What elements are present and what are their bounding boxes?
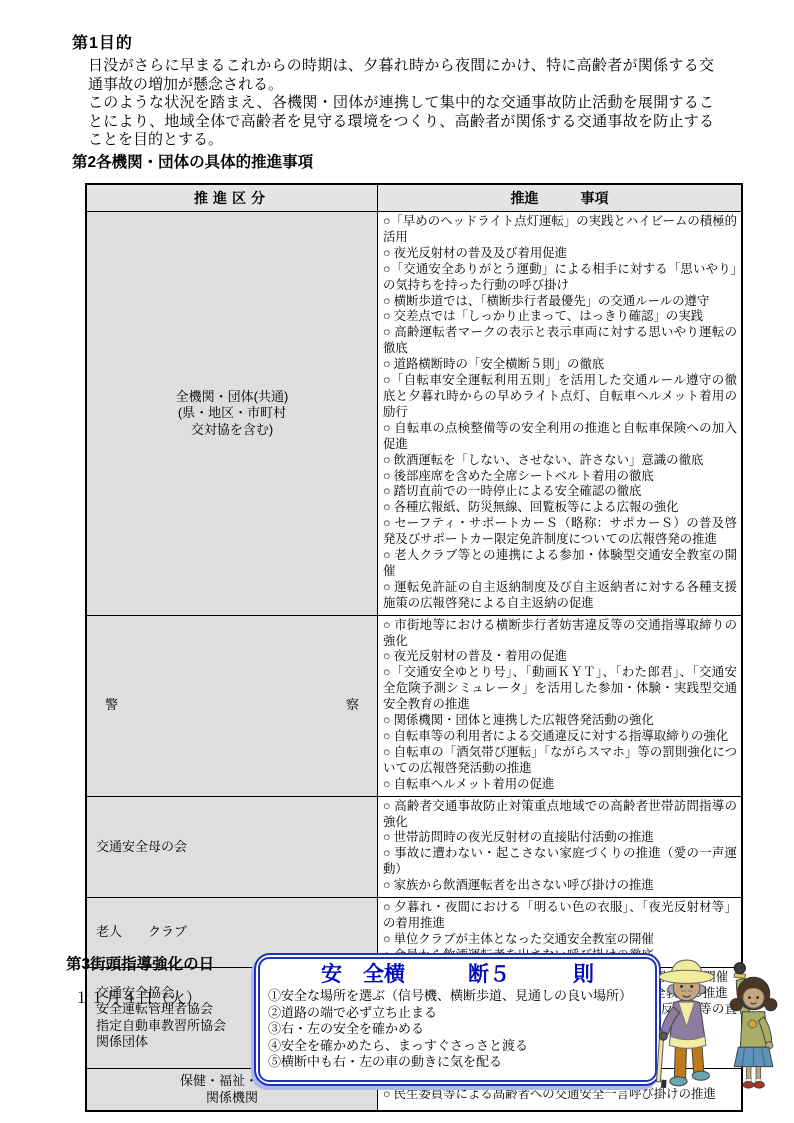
table-row: 交通安全母の会○ 高齢者交通事故防止対策重点地域での高齢者世帯訪問指導の強化○ …: [86, 796, 742, 897]
promotion-item: ○ 夜光反射材の普及・着用の促進: [383, 649, 737, 665]
promotion-item: ○ 交差点では「しっかり止まって、はっきり確認」の実践: [383, 309, 737, 325]
promotion-item: ○ 事故に遭わない・起こさない家庭づくりの推進（愛の一声運動）: [383, 846, 737, 878]
document-page: 第1目的 日没がさらに早まるこれからの時期は、夕暮れ時から夜間にかけ、特に高齢者…: [0, 0, 794, 1123]
pedestrians-illustration: [644, 956, 788, 1098]
intro-paragraph: このような状況を踏まえ、各機関・団体が連携して集中的な交通事故防止活動を展開する…: [88, 94, 714, 150]
promotion-item: ○ 単位クラブが主体となった交通安全教室の開催: [383, 932, 737, 948]
items-cell: ○ 高齢者交通事故防止対策重点地域での高齢者世帯訪問指導の強化○ 世帯訪問時の夜…: [378, 796, 743, 897]
category-cell: 警察: [86, 615, 378, 796]
safety-rule-item: ③右・左の安全を確かめる: [268, 1021, 647, 1038]
elderly-man-with-cane-icon: [656, 960, 714, 1088]
promotion-item: ○ 関係機関・団体と連携した広報啓発活動の強化: [383, 713, 737, 729]
category-line: 交対協を含む): [95, 422, 369, 439]
section2-title: 第2各機関・団体の具体的推進事項: [72, 150, 313, 172]
safety-rules-box-inner: 安 全横 断５ 則 ①安全な場所を選ぶ（信号機、横断歩道、見通しの良い場所）②道…: [258, 957, 657, 1082]
category-line: 交通安全母の会: [96, 839, 369, 856]
category-cell: 交通安全母の会: [86, 796, 378, 897]
table-header-category: 推進区分: [86, 184, 378, 212]
safety-rule-item: ④安全を確かめたら、まっすぐさっさと渡る: [268, 1038, 647, 1055]
promotion-item: ○ 横断歩道では、「横断歩行者最優先」の交通ルールの遵守: [383, 294, 737, 310]
section1-title: 第1目的: [72, 30, 133, 53]
promotion-item: ○ 夜光反射材の普及及び着用促進: [383, 246, 737, 262]
promotion-item: ○ 運転免許証の自主返納制度及び自主返納者に対する各種支援施策の広報啓発による自…: [383, 580, 737, 612]
promotion-item: ○ 各種広報紙、防災無線、回覧板等による広報の強化: [383, 500, 737, 516]
promotion-item: ○「自転車安全運転利用五則」を活用した交通ルール遵守の徹底と夕暮れ時からの早めラ…: [383, 373, 737, 421]
items-cell: ○「早めのヘッドライト点灯運転」の実践とハイビームの積極的活用○ 夜光反射材の普…: [378, 212, 743, 616]
safety-rule-item: ⑤横断中も右・左の車の動きに気を配る: [268, 1054, 647, 1071]
promotion-item: ○ 市街地等における横断歩行者妨害違反等の交通指導取締りの強化: [383, 618, 737, 650]
promotion-item: ○ 高齢運転者マークの表示と表示車両に対する思いやり運転の徹底: [383, 325, 737, 357]
promotion-item: ○「早めのヘッドライト点灯運転」の実践とハイビームの積極的活用: [383, 214, 737, 246]
section3-title: 第3街頭指導強化の日: [66, 952, 214, 974]
promotion-item: ○ 高齢者交通事故防止対策重点地域での高齢者世帯訪問指導の強化: [383, 799, 737, 831]
safety-rules-title: 安 全横 断５ 則: [268, 962, 647, 988]
promotion-item: ○ 道路横断時の「安全横断５則」の徹底: [383, 357, 737, 373]
pedestrians-illustration-svg: [644, 956, 788, 1098]
category-line: 老人 クラブ: [96, 924, 369, 941]
girl-raising-hand-icon: [730, 963, 777, 1088]
table-row: 警察○ 市街地等における横断歩行者妨害違反等の交通指導取締りの強化○ 夜光反射材…: [86, 615, 742, 796]
promotion-item: ○ 自転車等の利用者による交通違反に対する指導取締りの強化: [383, 729, 737, 745]
safety-rule-item: ①安全な場所を選ぶ（信号機、横断歩道、見通しの良い場所）: [268, 988, 647, 1005]
promotion-item: ○ 飲酒運転を「しない、させない、許さない」意識の徹底: [383, 453, 737, 469]
category-line: (県・地区・市町村: [95, 405, 369, 422]
promotion-item: ○ 踏切直前での一時停止による安全確認の徹底: [383, 484, 737, 500]
promotion-item: ○ 夕暮れ・夜間における「明るい色の衣服」、「夜光反射材等」の着用推進: [383, 900, 737, 932]
promotion-item: ○ 後部座席を含めた全席シートベルト着用の徹底: [383, 469, 737, 485]
intro-paragraph: 日没がさらに早まるこれからの時期は、夕暮れ時から夜間にかけ、特に高齢者が関係する…: [88, 57, 714, 94]
promotion-item: ○ 老人クラブ等との連携による参加・体験型交通安全教室の開催: [383, 548, 737, 580]
category-line: 関係機関: [95, 1090, 369, 1107]
promotion-item: ○ 自転車の「酒気帯び運転」「ながらスマホ」等の罰則強化についての広報啓発活動の…: [383, 745, 737, 777]
safety-rule-item: ②道路の端で必ず立ち止まる: [268, 1005, 647, 1022]
category-line: 警察: [105, 697, 359, 714]
category-cell: 全機関・団体(共通)(県・地区・市町村交対協を含む): [86, 212, 378, 616]
promotion-item: ○ 家族から飲酒運転者を出さない呼び掛けの推進: [383, 878, 737, 894]
promotion-item: ○ セーフティ・サポートカーＳ（略称：サポカーＳ）の普及啓発及びサポートカー限定…: [383, 516, 737, 548]
promotion-item: ○ 世帯訪問時の夜光反射材の直接貼付活動の推進: [383, 830, 737, 846]
promotion-item: ○「交通安全ありがとう運動」による相手に対する「思いやり」の気持ちを持った行動の…: [383, 262, 737, 294]
items-cell: ○ 市街地等における横断歩行者妨害違反等の交通指導取締りの強化○ 夜光反射材の普…: [378, 615, 743, 796]
table-header-row: 推進区分 推進 事項: [86, 184, 742, 212]
enforcement-date: １１月４日（火）: [74, 987, 202, 1008]
table-row: 全機関・団体(共通)(県・地区・市町村交対協を含む)○「早めのヘッドライト点灯運…: [86, 212, 742, 616]
category-line: 全機関・団体(共通): [95, 389, 369, 406]
safety-rules-list: ①安全な場所を選ぶ（信号機、横断歩道、見通しの良い場所）②道路の端で必ず立ち止ま…: [268, 988, 647, 1071]
section1-body: 日没がさらに早まるこれからの時期は、夕暮れ時から夜間にかけ、特に高齢者が関係する…: [88, 57, 714, 150]
table-header-items: 推進 事項: [378, 184, 743, 212]
promotion-item: ○ 自転車の点検整備等の安全利用の推進と自転車保険への加入促進: [383, 421, 737, 453]
safety-rules-box: 安 全横 断５ 則 ①安全な場所を選ぶ（信号機、横断歩道、見通しの良い場所）②道…: [254, 953, 661, 1086]
promotion-item: ○ 自転車ヘルメット着用の促進: [383, 777, 737, 793]
promotion-item: ○「交通安全ゆとり号」、「動画ＫＹＴ」、「わた郎君」、「交通安全危険予測シミュレ…: [383, 665, 737, 713]
